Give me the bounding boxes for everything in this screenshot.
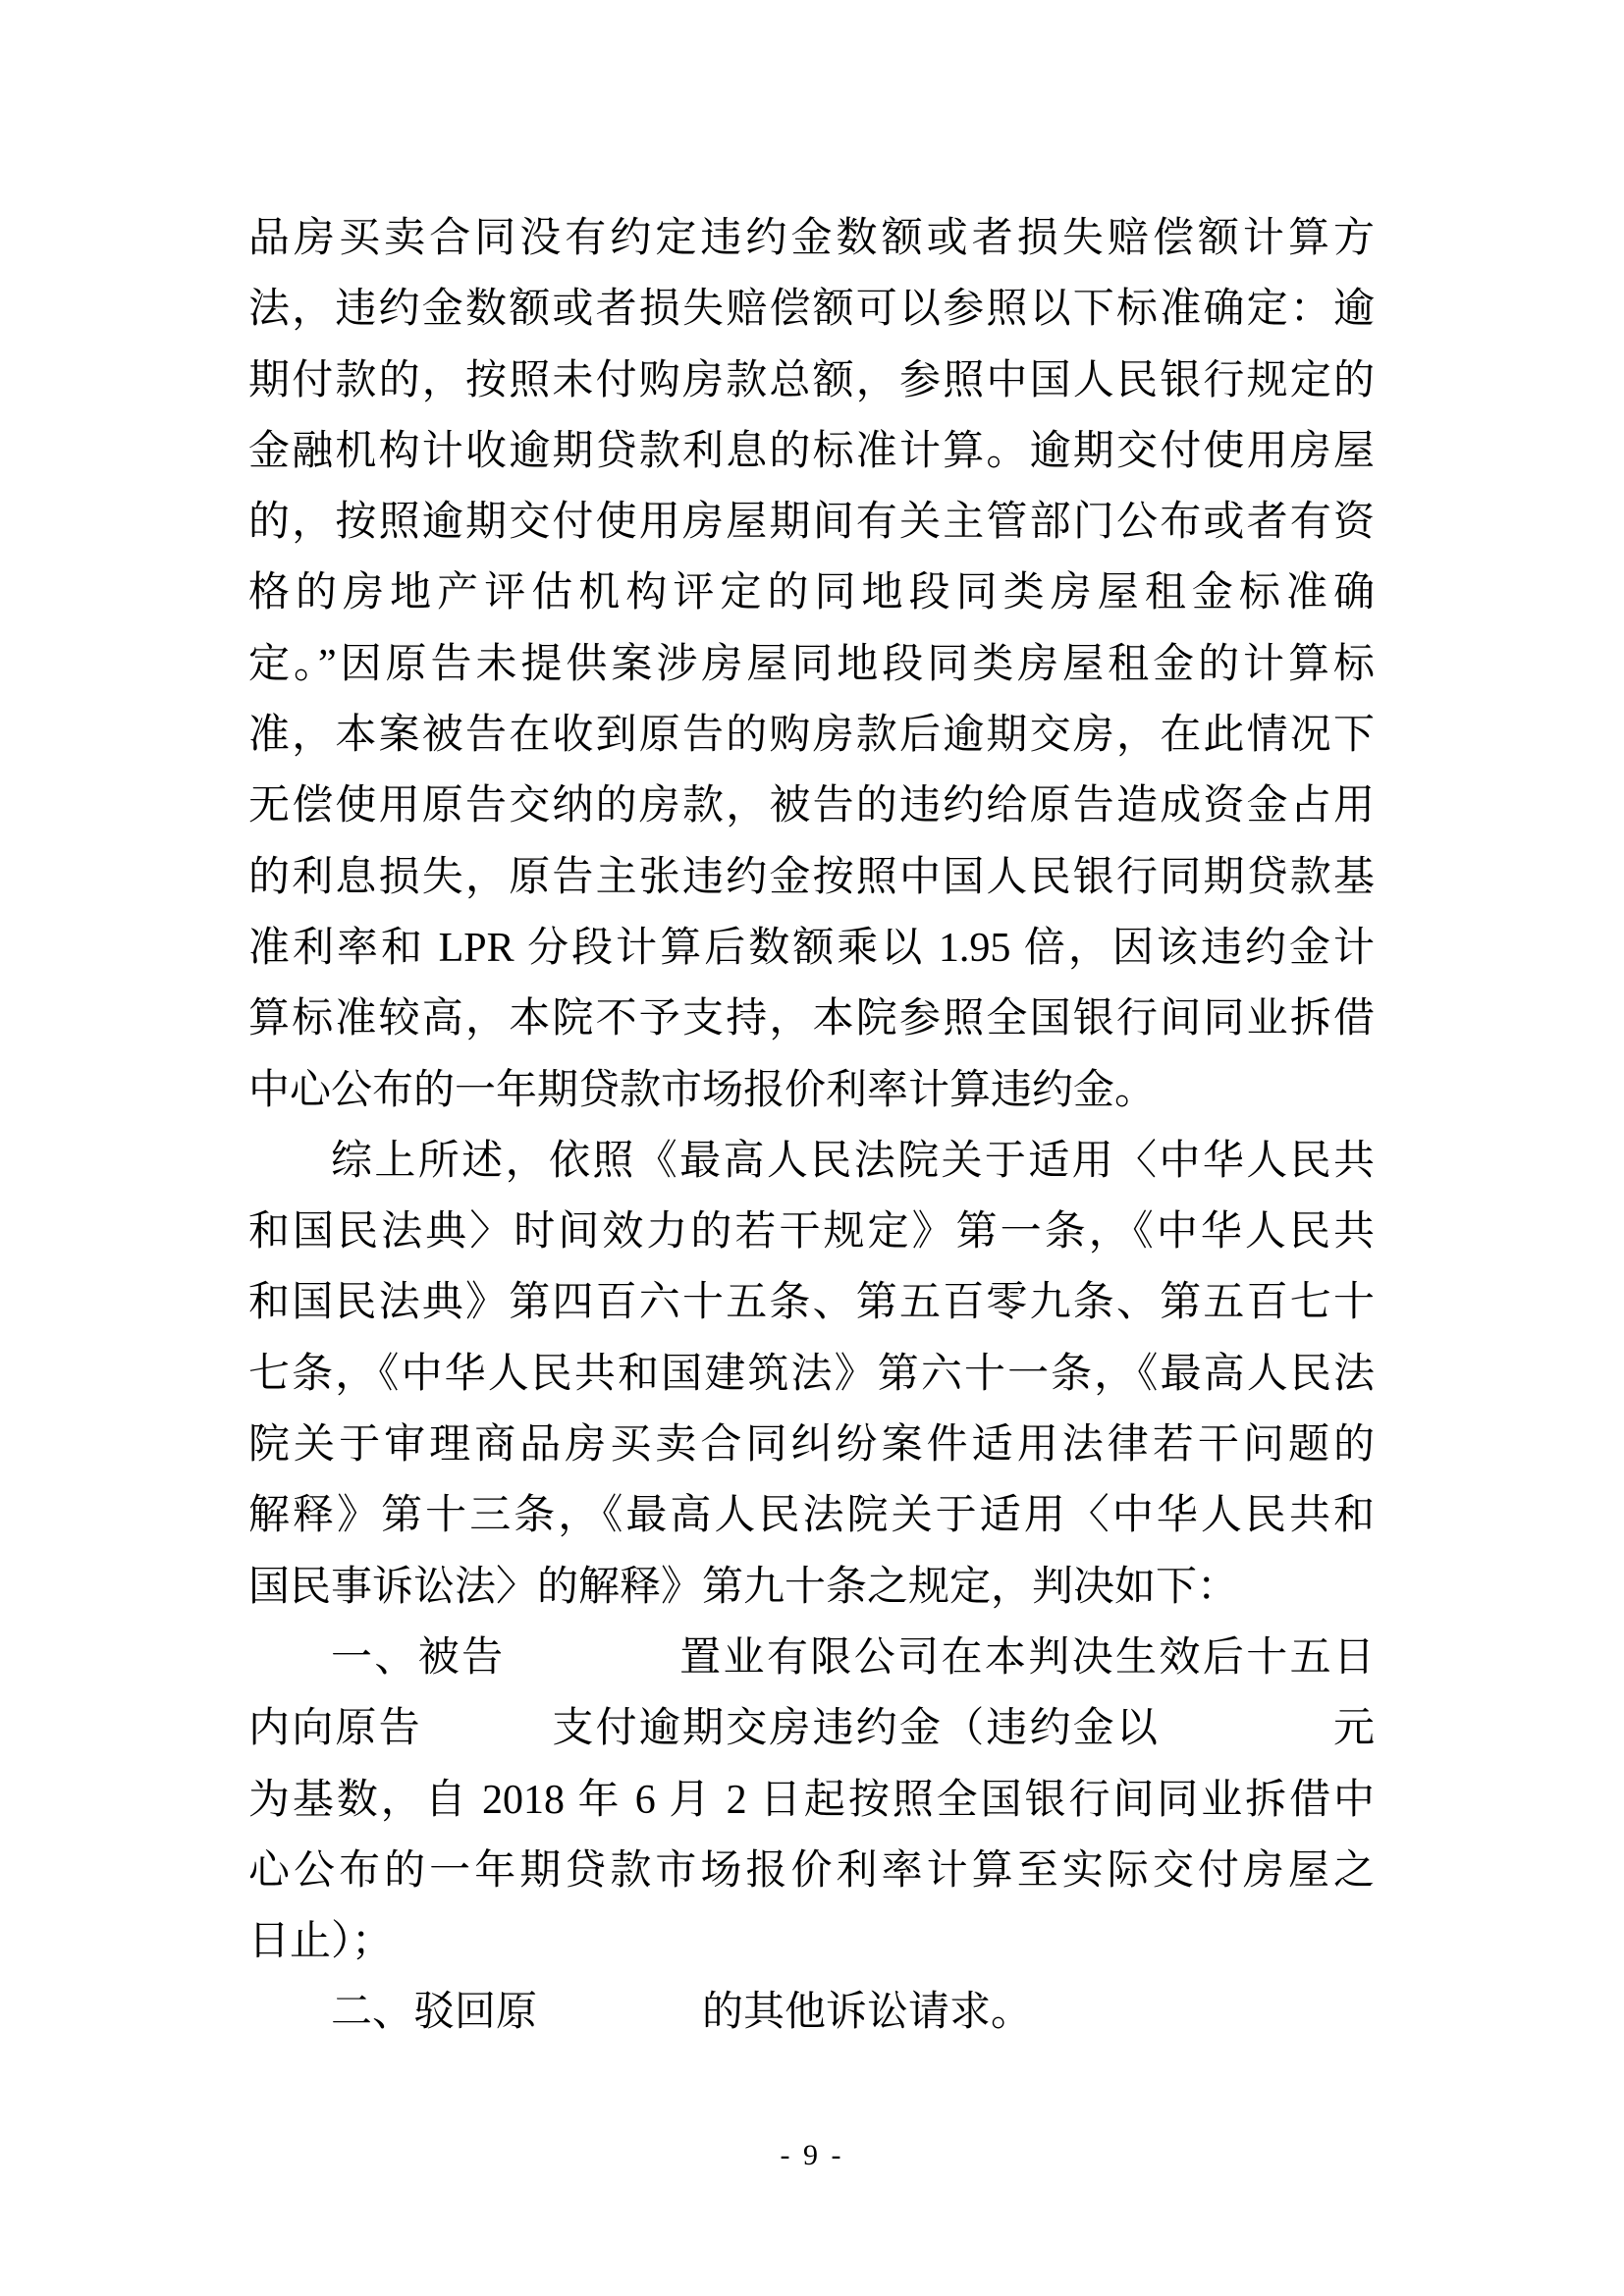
document-page: 品房买卖合同没有约定违约金数额或者损失赔偿额计算方法，违约金数额或者损失赔偿额可… (0, 0, 1624, 2296)
text-line: 准利率和 LPR 分段计算后数额乘以 1.95 倍，因该违约金计 (248, 913, 1375, 984)
text-line: 的，按照逾期交付使用房屋期间有关主管部门公布或者有资 (248, 487, 1375, 558)
text-line: 品房买卖合同没有约定违约金数额或者损失赔偿额计算方 (248, 203, 1375, 274)
text-line: 国民事诉讼法〉的解释》第九十条之规定，判决如下： (248, 1552, 1375, 1623)
text-line: 期付款的，按照未付购房款总额，参照中国人民银行规定的 (248, 346, 1375, 416)
text-line: 的利息损失，原告主张违约金按照中国人民银行同期贷款基 (248, 842, 1375, 913)
text-line: 综上所述，依照《最高人民法院关于适用〈中华人民共 (248, 1126, 1375, 1197)
text-line: 为基数，自 2018 年 6 月 2 日起按照全国银行间同业拆借中 (248, 1765, 1375, 1836)
text-line: 解释》第十三条，《最高人民法院关于适用〈中华人民共和 (248, 1480, 1375, 1551)
text-line: 和国民法典〉时间效力的若干规定》第一条，《中华人民共 (248, 1197, 1375, 1267)
text-line: 一、被告 置业有限公司在本判决生效后十五日 (248, 1623, 1375, 1693)
text-line: 和国民法典》第四百六十五条、第五百零九条、第五百七十 (248, 1267, 1375, 1338)
text-line: 心公布的一年期贷款市场报价利率计算至实际交付房屋之 (248, 1836, 1375, 1906)
text-line: 无偿使用原告交纳的房款，被告的违约给原告造成资金占用 (248, 771, 1375, 841)
text-line: 算标准较高，本院不予支持，本院参照全国银行间同业拆借 (248, 984, 1375, 1054)
text-line: 日止）； (248, 1906, 1375, 1977)
text-line: 金融机构计收逾期贷款利息的标准计算。逾期交付使用房屋 (248, 416, 1375, 487)
judgment-text: 品房买卖合同没有约定违约金数额或者损失赔偿额计算方法，违约金数额或者损失赔偿额可… (248, 203, 1375, 2049)
text-line: 法，违约金数额或者损失赔偿额可以参照以下标准确定：逾 (248, 274, 1375, 345)
page-number: - 9 - (0, 2138, 1624, 2173)
text-line: 院关于审理商品房买卖合同纠纷案件适用法律若干问题的 (248, 1410, 1375, 1480)
text-line: 七条，《中华人民共和国建筑法》第六十一条，《最高人民法 (248, 1339, 1375, 1410)
text-line: 内向原告 支付逾期交房违约金（违约金以 元 (248, 1693, 1375, 1764)
text-line: 格的房地产评估机构评定的同地段同类房屋租金标准确 (248, 558, 1375, 628)
text-line: 中心公布的一年期贷款市场报价利率计算违约金。 (248, 1055, 1375, 1126)
text-line: 二、驳回原 的其他诉讼请求。 (248, 1977, 1375, 2048)
text-line: 定。”因原告未提供案涉房屋同地段同类房屋租金的计算标 (248, 629, 1375, 700)
text-line: 准，本案被告在收到原告的购房款后逾期交房，在此情况下 (248, 700, 1375, 771)
